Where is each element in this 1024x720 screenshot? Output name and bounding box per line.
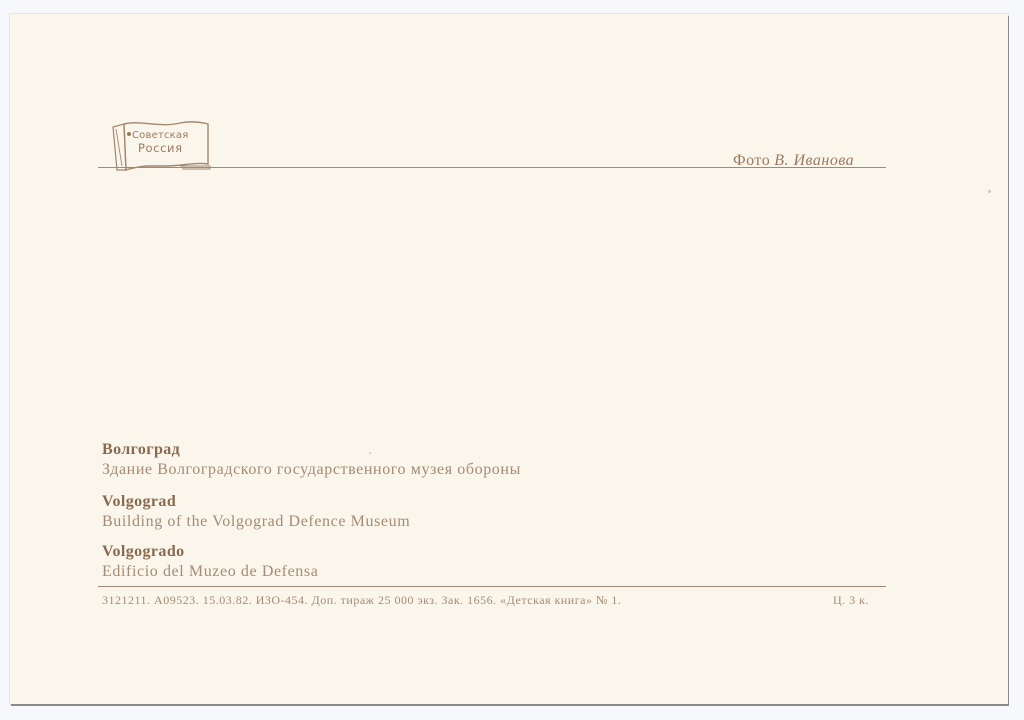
price-label: Ц. 3 к.: [833, 593, 869, 608]
caption-text: Building of the Volgograd Defence Museum: [102, 512, 410, 532]
logo-line-2: Россия: [138, 142, 210, 155]
caption-title: Volgograd: [102, 492, 410, 512]
star-icon: [127, 132, 131, 136]
caption-russian: Волгоград Здание Волгоградского государс…: [102, 440, 521, 480]
caption-text: Edificio del Muzeo de Defensa: [102, 562, 318, 582]
publisher-logo: Советская Россия: [110, 118, 212, 172]
header-divider: [98, 167, 886, 168]
caption-spanish: Volgogrado Edificio del Muzeo de Defensa: [102, 542, 318, 582]
paper-speck: [369, 452, 371, 454]
footer-divider: [98, 586, 886, 587]
imprint-line: 3121211. А09523. 15.03.82. ИЗО-454. Доп.…: [102, 593, 621, 608]
caption-title: Волгоград: [102, 440, 521, 460]
caption-title: Volgogrado: [102, 542, 318, 562]
paper-speck: [988, 190, 991, 193]
caption-english: Volgograd Building of the Volgograd Defe…: [102, 492, 410, 532]
caption-text: Здание Волгоградского государственного м…: [102, 460, 521, 480]
